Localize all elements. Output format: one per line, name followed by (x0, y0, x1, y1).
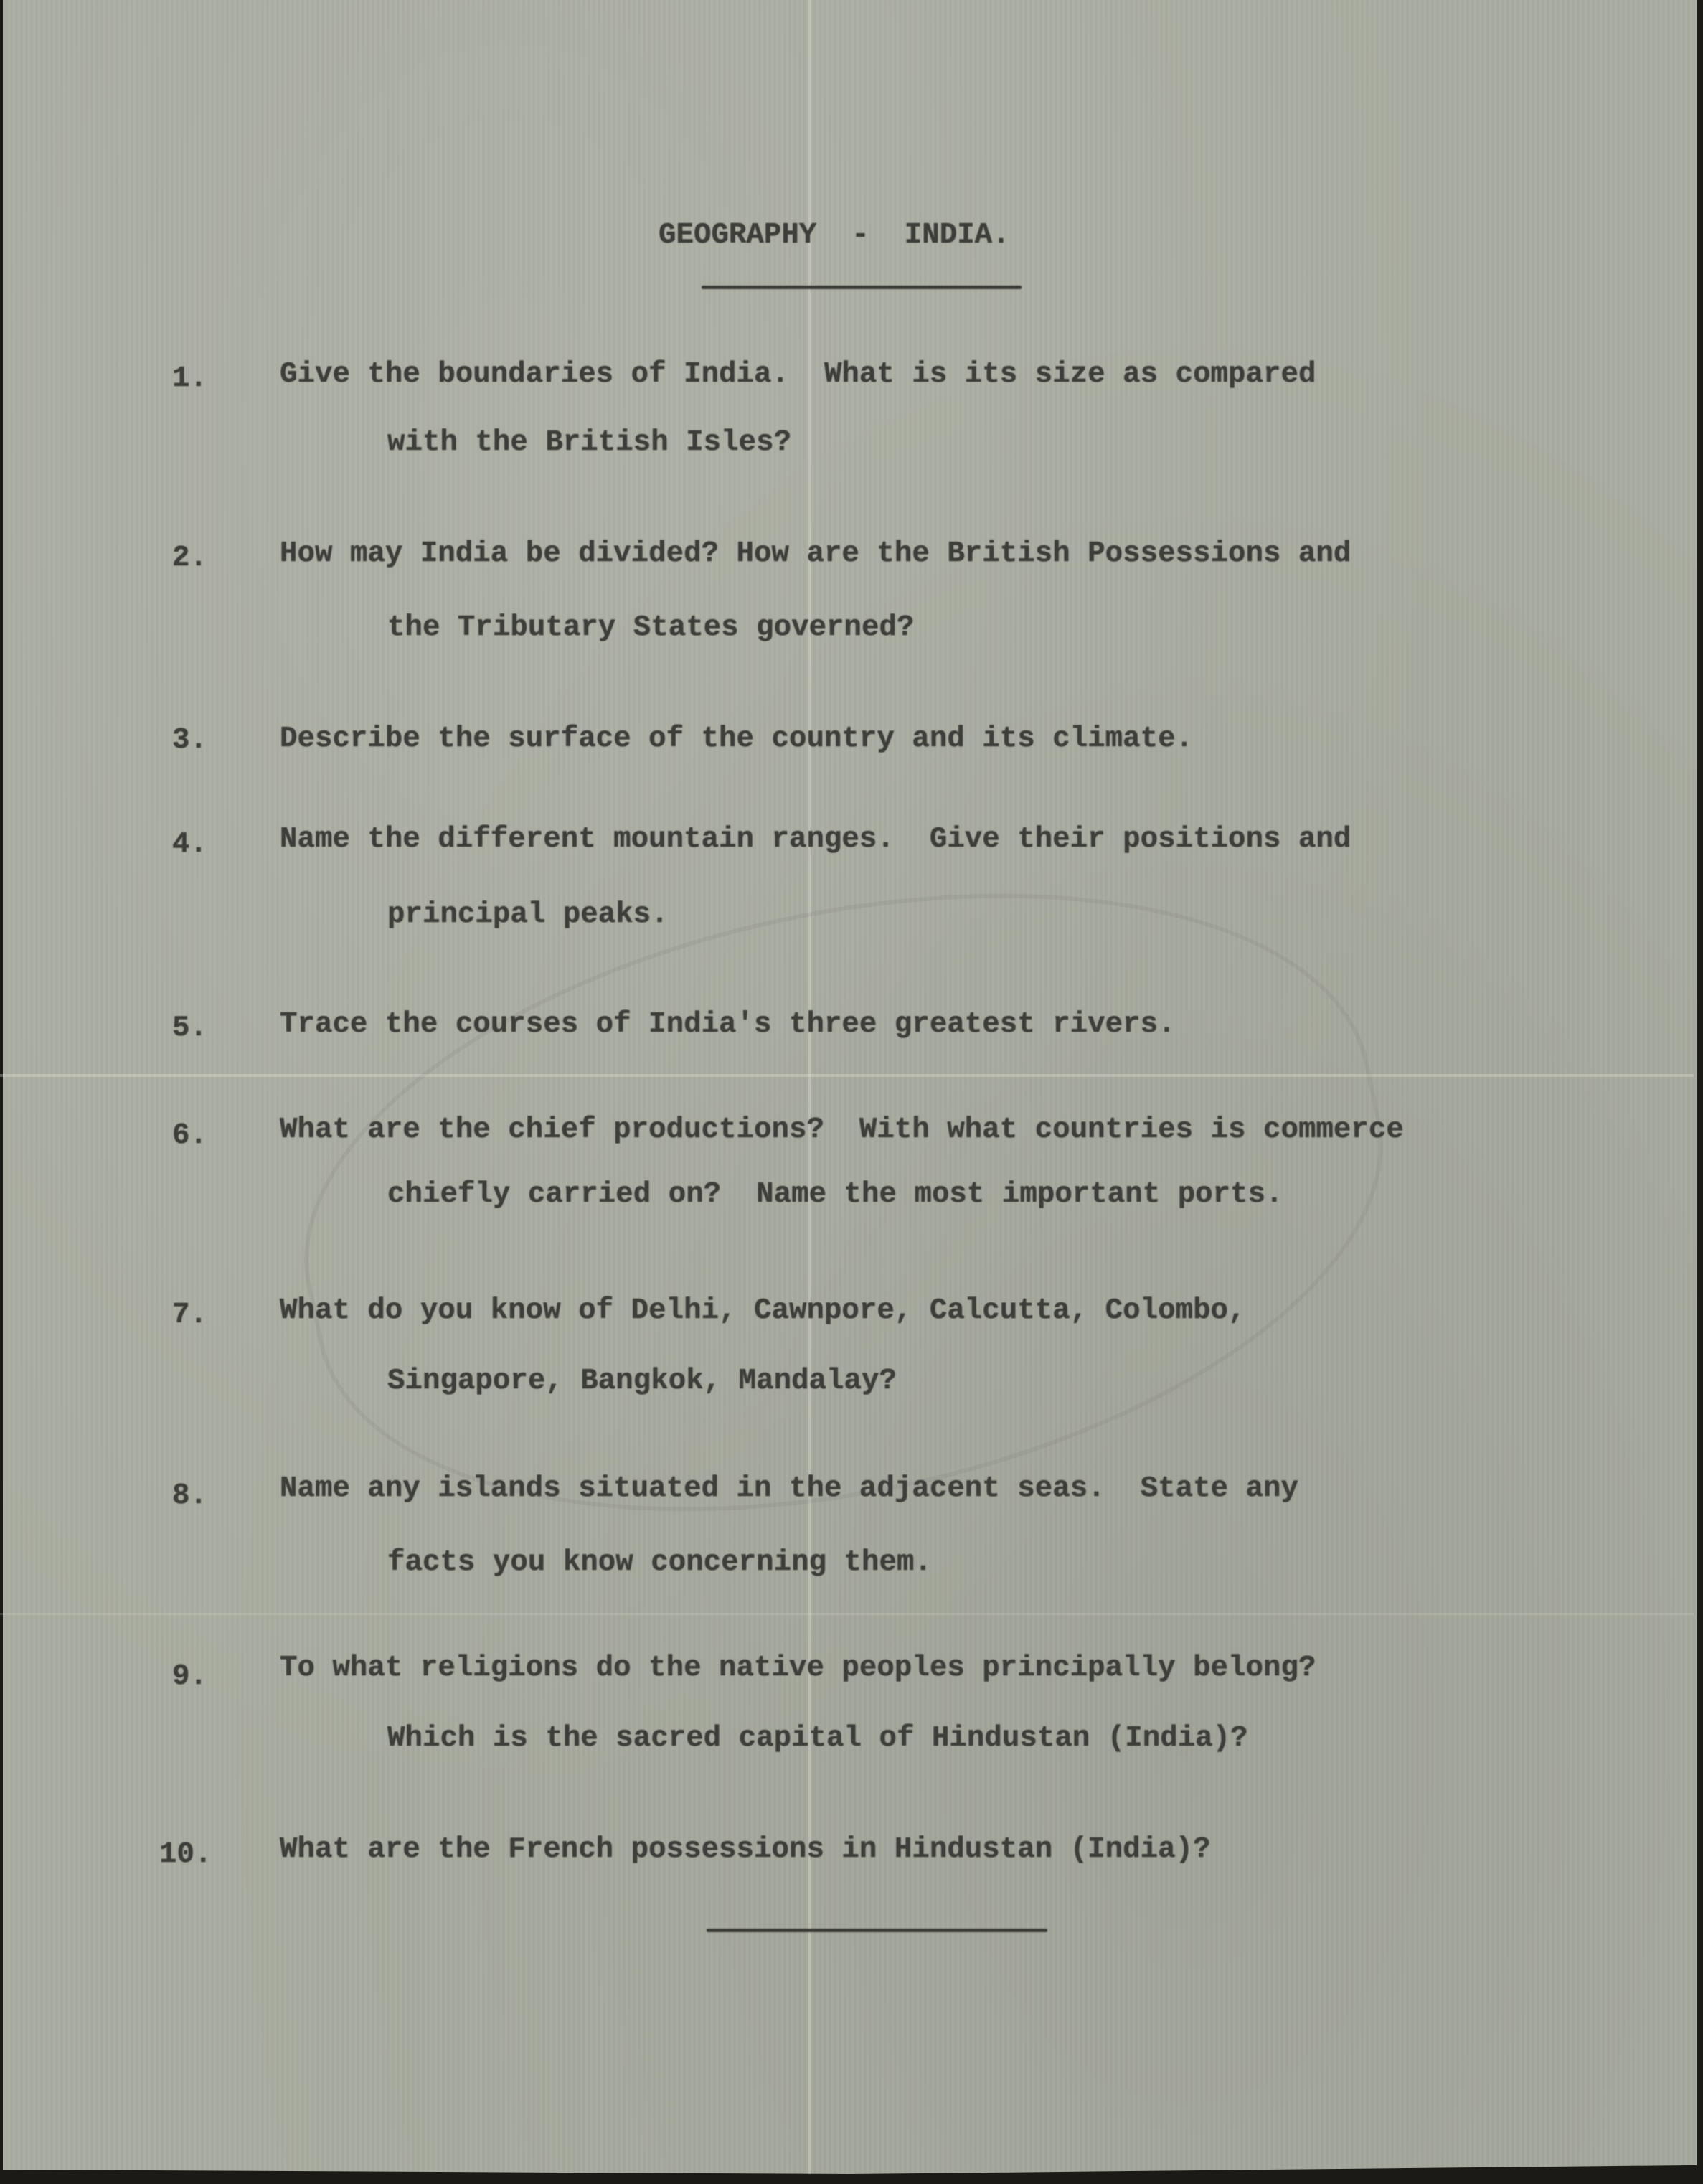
question-number: 7. (172, 1301, 207, 1330)
question-text-continued: with the British Isles? (387, 428, 791, 458)
question-number: 9. (172, 1662, 207, 1692)
horizontal-fold-crease-lower (0, 1613, 1694, 1615)
title-underline-rule (702, 286, 1022, 289)
question-text: Describe the surface of the country and … (280, 725, 1193, 754)
question-number: 1. (172, 364, 207, 394)
question-text: What do you know of Delhi, Cawnpore, Cal… (280, 1296, 1246, 1326)
question-text-continued: Singapore, Bangkok, Mandalay? (387, 1367, 897, 1396)
question-text: Give the boundaries of India. What is it… (280, 360, 1316, 390)
question-number: 3. (172, 726, 207, 756)
question-number: 10. (159, 1840, 212, 1870)
question-text-continued: Which is the sacred capital of Hindustan… (387, 1724, 1248, 1754)
document-title: GEOGRAPHY - INDIA. (659, 221, 1010, 250)
question-number: 2. (172, 544, 207, 573)
question-text-continued: the Tributary States governed? (387, 613, 914, 643)
question-text-continued: chiefly carried on? Name the most import… (387, 1180, 1283, 1210)
question-text: What are the French possessions in Hindu… (280, 1835, 1211, 1865)
question-text: What are the chief productions? With wha… (280, 1116, 1404, 1145)
question-number: 4. (172, 830, 207, 860)
question-number: 5. (172, 1014, 207, 1043)
question-number: 6. (172, 1121, 207, 1151)
question-text-continued: principal peaks. (387, 900, 669, 930)
question-text: Trace the courses of India's three great… (280, 1010, 1176, 1040)
question-number: 8. (172, 1482, 207, 1511)
question-text: To what religions do the native peoples … (280, 1654, 1316, 1683)
closing-rule (707, 1929, 1047, 1932)
question-text: Name the different mountain ranges. Give… (280, 825, 1351, 855)
question-text: Name any islands situated in the adjacen… (280, 1474, 1298, 1504)
question-text-continued: facts you know concerning them. (387, 1548, 932, 1578)
question-text: How may India be divided? How are the Br… (280, 540, 1351, 569)
